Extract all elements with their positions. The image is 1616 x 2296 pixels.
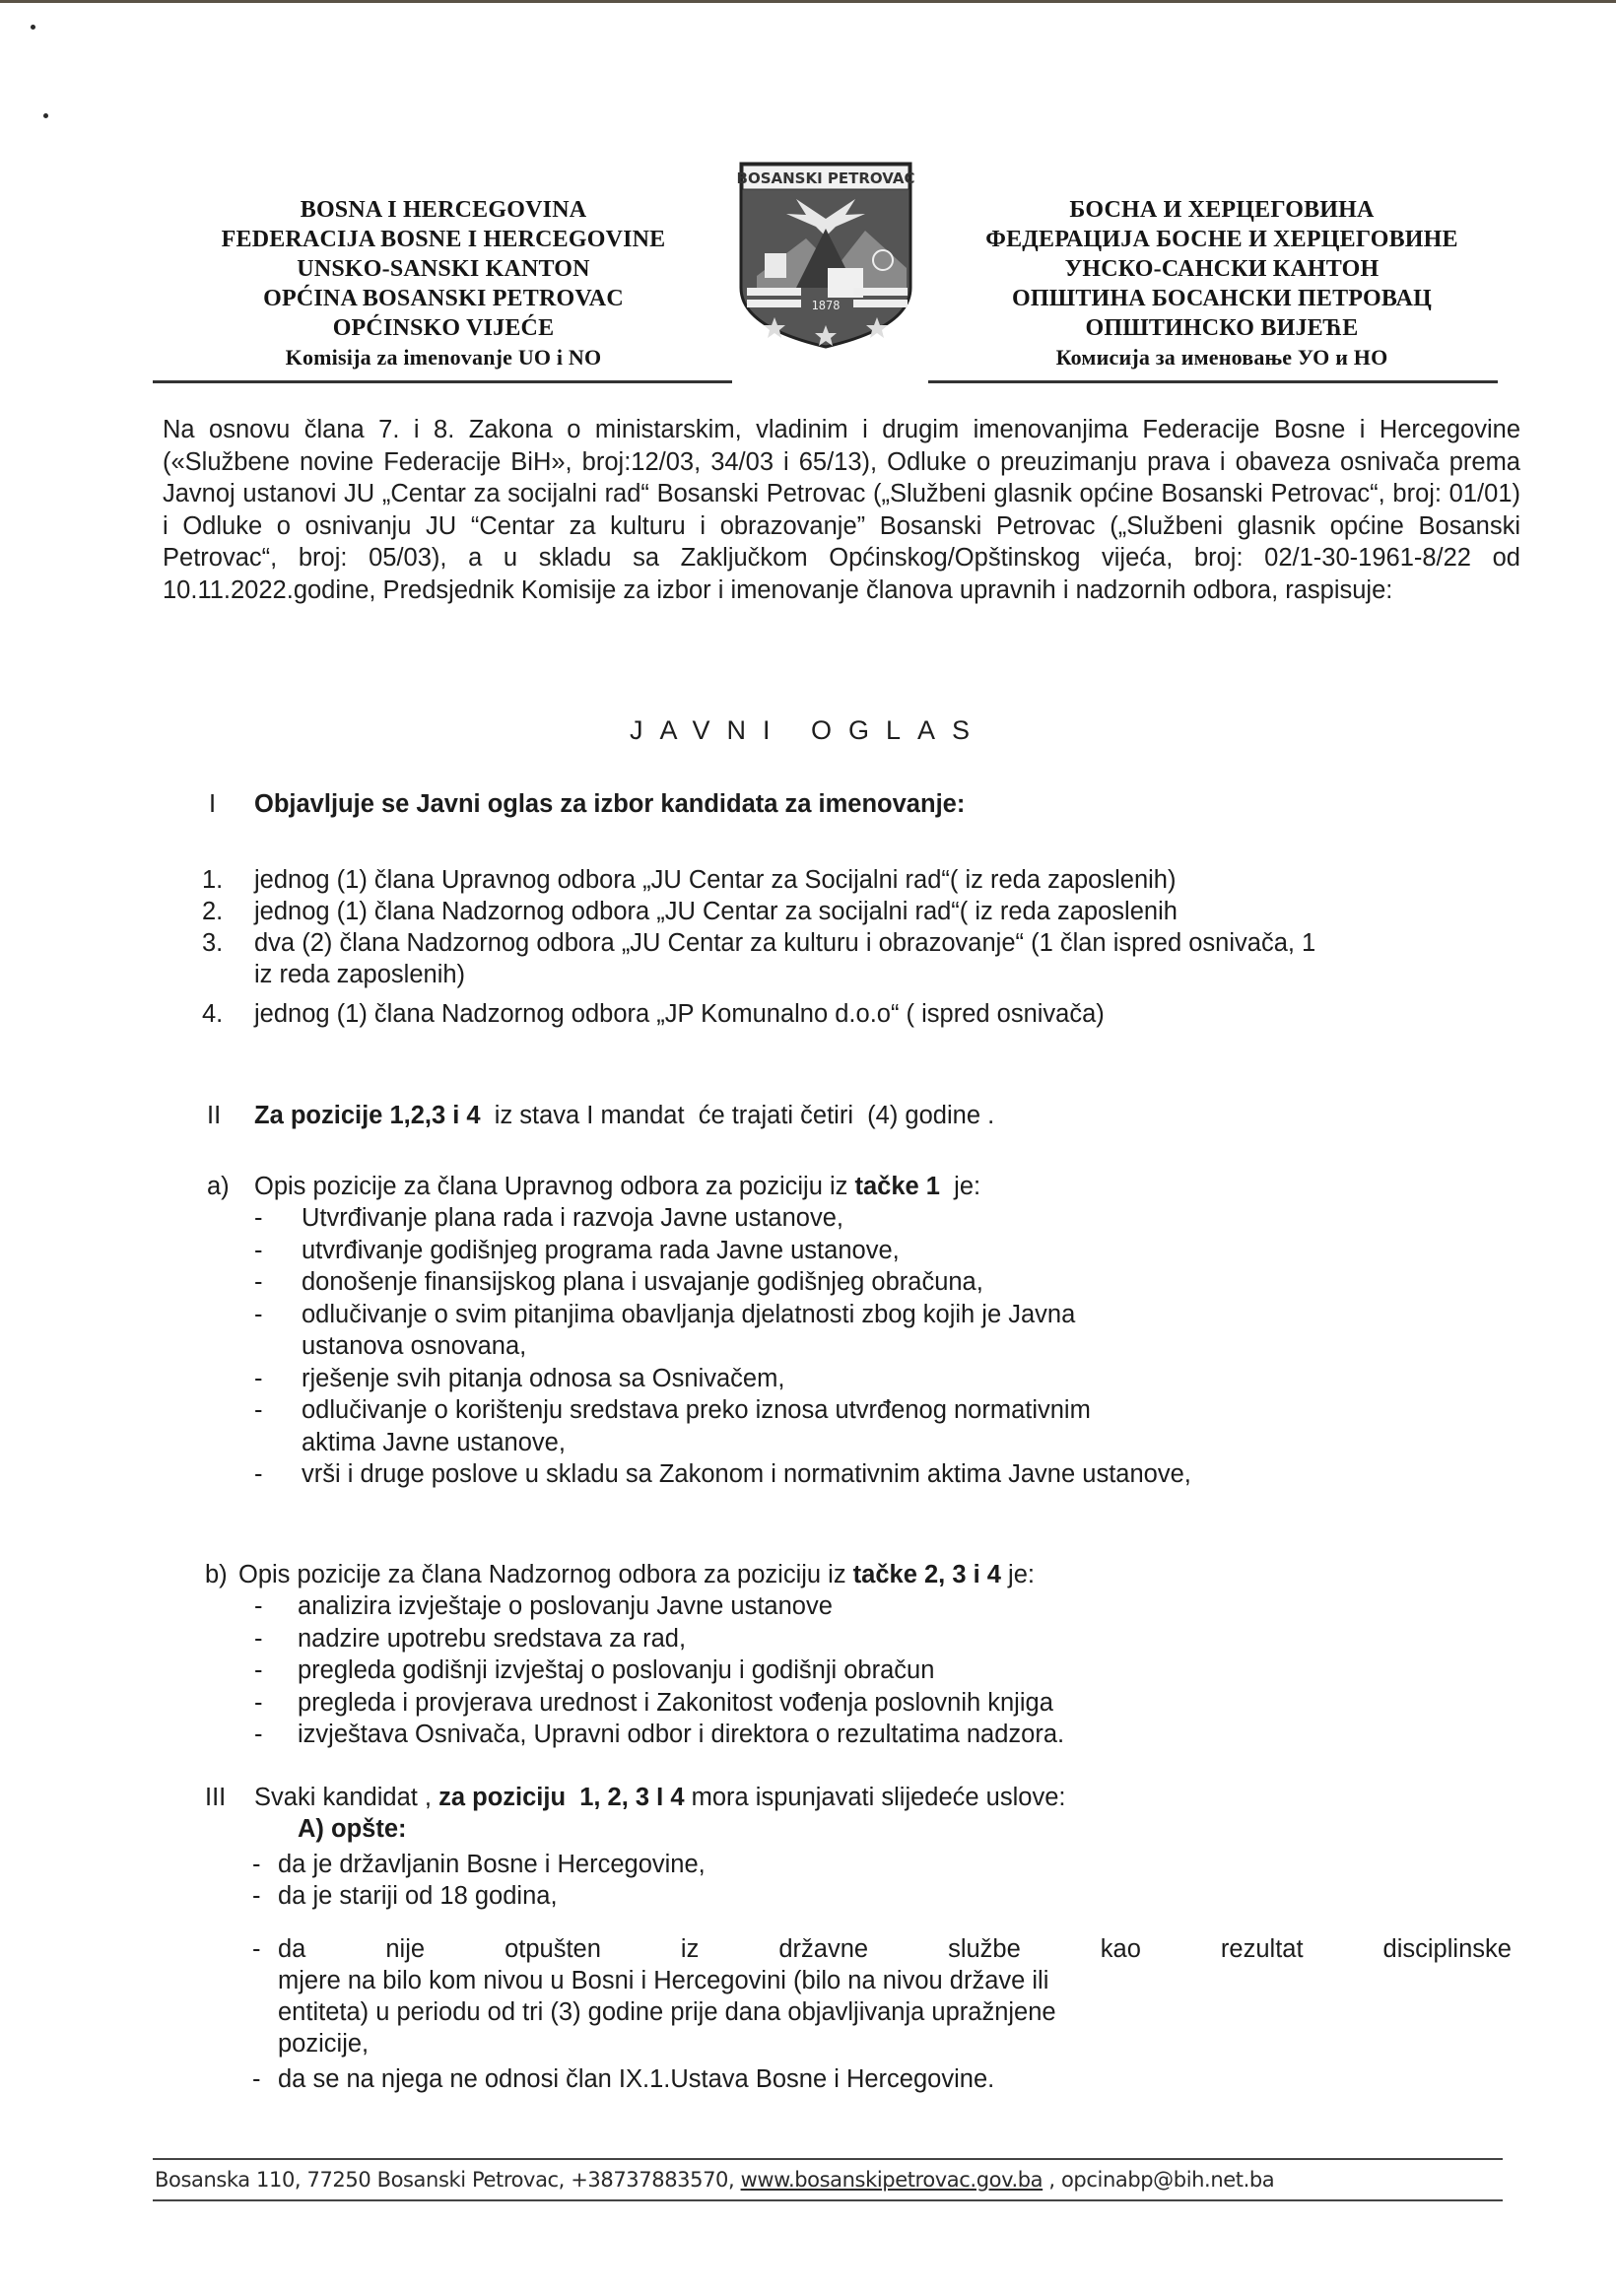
bullet-dash: - [254, 1363, 263, 1395]
word: rezultat [1221, 1933, 1304, 1966]
header-commission: Komisija za imenovanje UO i NO [168, 343, 719, 372]
list-number: 1. [202, 864, 223, 897]
condition-item-cont: pozicije, [278, 2028, 369, 2060]
header-line: OPĆINA BOSANSKI PETROVAC [168, 284, 719, 313]
word: disciplinske [1383, 1933, 1512, 1966]
word: kao [1101, 1933, 1141, 1966]
header-cyrillic: БОСНА И ХЕРЦЕГОВИНА ФЕДЕРАЦИЈА БОСНЕ И Х… [946, 195, 1498, 372]
duty-item-cont: ustanova osnovana, [302, 1330, 526, 1363]
margin-mark [43, 113, 48, 118]
footer-email[interactable]: opcinabp@bih.net.ba [1061, 2168, 1274, 2192]
list-item-cont: iz reda zaposlenih) [254, 959, 465, 991]
section-heading-bold: Za pozicije 1,2,3 i 4 [254, 1102, 481, 1129]
subsection-bold: tačke 1 [855, 1173, 941, 1200]
list-number: 3. [202, 927, 223, 960]
section-number: III [205, 1782, 226, 1814]
duty-item: Utvrđivanje plana rada i razvoja Javne u… [302, 1202, 843, 1235]
subsection-text: je: [940, 1173, 980, 1200]
subsection-bold: tačke 2, 3 i 4 [853, 1561, 1001, 1588]
subsection-text: je: [1001, 1561, 1035, 1588]
footer-separator: , [1043, 2168, 1061, 2192]
section-number: I [209, 788, 216, 821]
word: nije [385, 1933, 425, 1966]
header-rule [153, 380, 732, 383]
footer-address: Bosanska 110, 77250 Bosanski Petrovac, +… [155, 2168, 741, 2192]
duty-item: izvještava Osnivača, Upravni odbor i dir… [298, 1719, 1064, 1751]
header-line: ОПШТИНА БОСАНСКИ ПЕТРОВАЦ [946, 284, 1498, 313]
subsection-heading: A) opšte: [298, 1813, 407, 1846]
header-commission: Комисија за именовање УО и НО [946, 343, 1498, 372]
bullet-dash: - [254, 1590, 263, 1623]
duty-item: rješenje svih pitanja odnosa sa Osnivače… [302, 1363, 784, 1395]
header-line: БОСНА И ХЕРЦЕГОВИНА [946, 195, 1498, 225]
word: državne [778, 1933, 868, 1966]
condition-item-cont: mjere na bilo kom nivou u Bosni i Herceg… [278, 1965, 1048, 1997]
section-bold: za poziciju 1, 2, 3 I 4 [438, 1784, 684, 1811]
list-item: jednog (1) člana Nadzornog odbora „JP Ko… [254, 998, 1105, 1031]
section-text: Svaki kandidat , [254, 1784, 438, 1811]
bullet-dash: - [254, 1266, 263, 1299]
footer-contact: Bosanska 110, 77250 Bosanski Petrovac, +… [155, 2168, 1274, 2192]
condition-dash: - [252, 2063, 261, 2096]
condition-dash: - [252, 1933, 261, 1966]
subsection-text: Opis pozicije za člana Nadzornog odbora … [238, 1561, 853, 1588]
document-title: JAVNI OGLAS [0, 714, 1616, 747]
bullet-dash: - [254, 1654, 263, 1687]
duty-item: analizira izvještaje o poslovanju Javne … [298, 1590, 833, 1623]
duty-item: odlučivanje o svim pitanjima obavljanja … [302, 1299, 1075, 1331]
header-line: ФЕДЕРАЦИЈА БОСНЕ И ХЕРЦЕГОВИНЕ [946, 225, 1498, 254]
duty-item: pregleda i provjerava urednost i Zakonit… [298, 1687, 1053, 1720]
condition-item: da je stariji od 18 godina, [278, 1880, 558, 1913]
intro-paragraph: Na osnovu člana 7. i 8. Zakona o minista… [163, 414, 1520, 606]
margin-mark [31, 25, 35, 30]
duty-item: vrši i druge poslove u skladu sa Zakonom… [302, 1458, 1191, 1491]
list-item: dva (2) člana Nadzornog odbora „JU Centa… [254, 927, 1315, 960]
scan-top-edge [0, 0, 1616, 3]
duty-item: odlučivanje o korištenju sredstava preko… [302, 1394, 1091, 1427]
list-item: jednog (1) člana Nadzornog odbora „JU Ce… [254, 896, 1178, 928]
bullet-dash: - [254, 1687, 263, 1720]
word: službe [948, 1933, 1021, 1966]
subsection-label: b) [205, 1559, 228, 1591]
header-latin: BOSNA I HERCEGOVINA FEDERACIJA BOSNE I H… [168, 195, 719, 372]
header-line: OPĆINSKO VIJEĆE [168, 313, 719, 343]
header-line: FEDERACIJA BOSNE I HERCEGOVINE [168, 225, 719, 254]
duty-item-cont: aktima Javne ustanove, [302, 1427, 566, 1459]
bullet-dash: - [254, 1202, 263, 1235]
header-line: ОПШТИНСКО ВИЈЕЋЕ [946, 313, 1498, 343]
condition-dash: - [252, 1880, 261, 1913]
header-line: BOSNA I HERCEGOVINA [168, 195, 719, 225]
header-line: UNSKO-SANSKI KANTON [168, 254, 719, 284]
section-heading: Svaki kandidat , za poziciju 1, 2, 3 I 4… [254, 1782, 1065, 1814]
bullet-dash: - [254, 1394, 263, 1427]
subsection-heading: Opis pozicije za člana Upravnog odbora z… [254, 1171, 980, 1203]
condition-item: da se na njega ne odnosi član IX.1.Ustav… [278, 2063, 994, 2096]
duty-item: donošenje finansijskog plana i usvajanje… [302, 1266, 983, 1299]
word: da [278, 1933, 305, 1966]
section-heading-rest: iz stava I mandat će trajati četiri (4) … [481, 1102, 995, 1129]
subsection-label: a) [207, 1171, 230, 1203]
bullet-dash: - [254, 1719, 263, 1751]
word: otpušten [505, 1933, 601, 1966]
duty-item: utvrđivanje godišnjeg programa rada Javn… [302, 1235, 900, 1267]
section-heading: Objavljuje se Javni oglas za izbor kandi… [254, 788, 965, 821]
bullet-dash: - [254, 1299, 263, 1331]
header-line: УНСКО-САНСКИ КАНТОН [946, 254, 1498, 284]
section-heading: Za pozicije 1,2,3 i 4 iz stava I mandat … [254, 1100, 994, 1132]
section-text: mora ispunjavati slijedeće uslove: [685, 1784, 1066, 1811]
list-number: 2. [202, 896, 223, 928]
duty-item: nadzire upotrebu sredstava za rad, [298, 1623, 686, 1655]
footer-rule [153, 2158, 1503, 2160]
condition-item-justified: danijeotpuštenizdržavneslužbekaorezultat… [278, 1933, 1512, 1966]
condition-item-cont: entiteta) u periodu od tri (3) godine pr… [278, 1996, 1056, 2029]
subsection-text: Opis pozicije za člana Upravnog odbora z… [254, 1173, 855, 1200]
list-number: 4. [202, 998, 223, 1031]
svg-text:1878: 1878 [812, 299, 841, 312]
subsection-heading: Opis pozicije za člana Nadzornog odbora … [238, 1559, 1035, 1591]
header-rule [928, 380, 1498, 383]
footer-rule [153, 2199, 1503, 2201]
footer-website-link[interactable]: www.bosanskipetrovac.gov.ba [741, 2168, 1044, 2192]
section-number: II [207, 1100, 221, 1132]
bullet-dash: - [254, 1458, 263, 1491]
condition-item: da je državljanin Bosne i Hercegovine, [278, 1849, 706, 1881]
duty-item: pregleda godišnji izvještaj o poslovanju… [298, 1654, 934, 1687]
svg-text:BOSANSKI PETROVAC: BOSANSKI PETROVAC [737, 169, 914, 187]
bullet-dash: - [254, 1623, 263, 1655]
coat-of-arms-icon: BOSANSKI PETROVAC 1878 [737, 160, 914, 349]
list-item: jednog (1) člana Upravnog odbora „JU Cen… [254, 864, 1176, 897]
condition-dash: - [252, 1849, 261, 1881]
bullet-dash: - [254, 1235, 263, 1267]
word: iz [681, 1933, 699, 1966]
